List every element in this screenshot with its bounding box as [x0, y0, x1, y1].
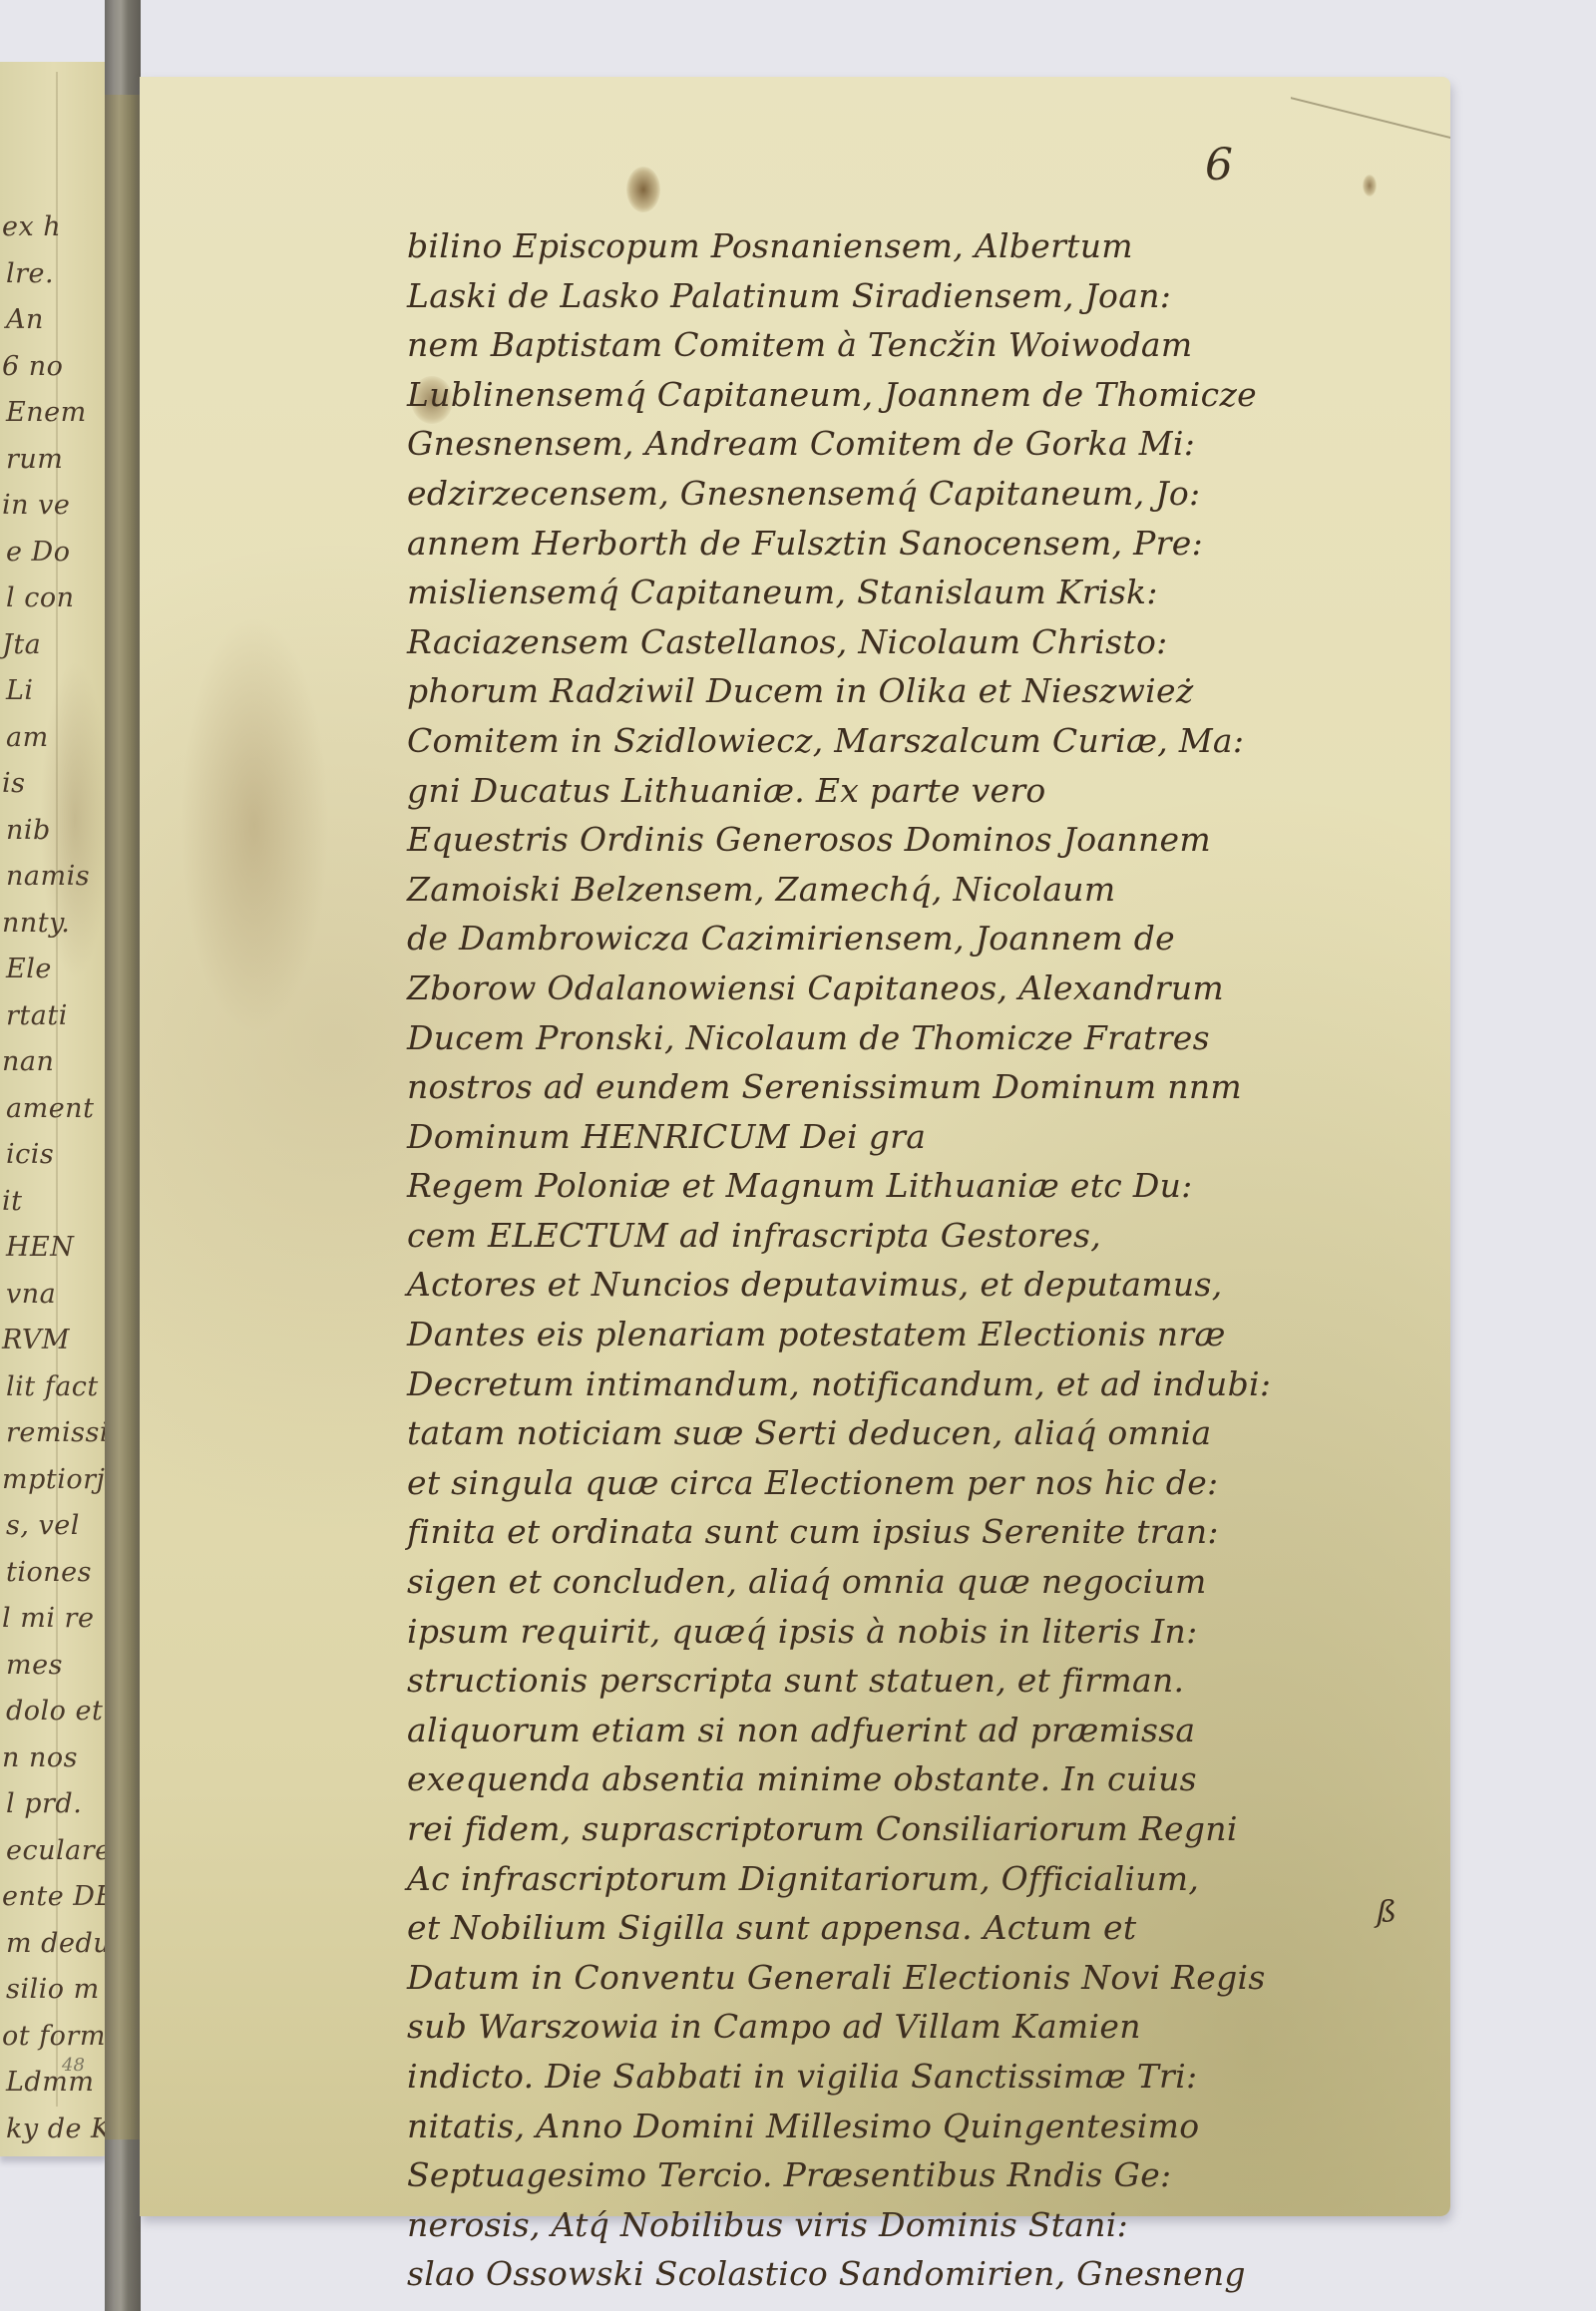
manuscript-line: tatam noticiam suæ Serti deducen, aliaq́… [407, 1408, 1444, 1458]
manuscript-line: edzirzecensem, Gnesnensemq́ Capitaneum, … [407, 469, 1444, 519]
water-stain [180, 615, 329, 1034]
pencil-folio-mark: 48 [62, 2055, 85, 2076]
manuscript-line: Datum in Conventu Generali Electionis No… [407, 1953, 1444, 2003]
ink-blot [1363, 175, 1377, 196]
left-page-line-fragment: icis [6, 1139, 54, 1170]
left-page-line-fragment: rum [6, 444, 63, 475]
manuscript-text: bilino Episcopum Posnaniensem, AlbertumL… [407, 221, 1444, 2299]
manuscript-line: nitatis, Anno Domini Millesimo Quingente… [407, 2102, 1444, 2151]
manuscript-line: Decretum intimandum, notificandum, et ad… [407, 1359, 1444, 1409]
manuscript-line: Lublinensemq́ Capitaneum, Joannem de Tho… [407, 370, 1444, 420]
left-page-line-fragment: lre. [6, 258, 54, 289]
manuscript-line: Actores et Nuncios deputavimus, et deput… [407, 1260, 1444, 1310]
left-page-line-fragment: s, vel [6, 1510, 80, 1541]
left-page-line-fragment: l mi re [2, 1603, 94, 1634]
manuscript-line: exequenda absentia minime obstante. In c… [407, 1754, 1444, 1804]
left-page-line-fragment: silio m [6, 1974, 100, 2005]
manuscript-line: phorum Radziwil Ducem in Olika et Nieszw… [407, 666, 1444, 716]
manuscript-line: Raciazensem Castellanos, Nicolaum Christ… [407, 617, 1444, 667]
left-page-line-fragment: remissim [6, 1417, 108, 1448]
left-page-line-fragment: tiones [6, 1557, 92, 1588]
manuscript-line: bilino Episcopum Posnaniensem, Albertum [407, 221, 1444, 271]
manuscript-line: sub Warszowia in Campo ad Villam Kamien [407, 2002, 1444, 2052]
manuscript-line: et Nobilium Sigilla sunt appensa. Actum … [407, 1903, 1444, 1953]
manuscript-line: indicto. Die Sabbati in vigilia Sanctiss… [407, 2052, 1444, 2102]
left-page-line-fragment: namis [6, 861, 90, 892]
left-page-line-fragment: in ve [2, 490, 70, 521]
left-page-line-fragment: m dedug [6, 1928, 108, 1959]
left-page-line-fragment: l con [6, 582, 74, 613]
left-page-line-fragment: l prd. [6, 1788, 82, 1819]
left-page-line-fragment: ky de Ke [6, 2114, 108, 2144]
manuscript-line: Regem Poloniæ et Magnum Lithuaniæ etc Du… [407, 1161, 1444, 1211]
left-page-line-fragment: lit fact [6, 1371, 99, 1402]
manuscript-line: structionis perscripta sunt statuen, et … [407, 1656, 1444, 1706]
left-page-line-fragment: RVM [2, 1325, 70, 1355]
folio-number: 6 [1205, 140, 1233, 191]
manuscript-line: cem ELECTUM ad infrascripta Gestores, [407, 1211, 1444, 1261]
left-page-line-fragment: Ele [6, 954, 52, 984]
left-page-line-fragment: rtati [6, 1000, 68, 1031]
left-page-line-fragment: vna [6, 1279, 56, 1310]
manuscript-line: Equestris Ordinis Generosos Dominos Joan… [407, 815, 1444, 865]
manuscript-line: aliquorum etiam si non adfuerint ad præm… [407, 1706, 1444, 1755]
left-page-line-fragment: ament [6, 1093, 94, 1124]
manuscript-line: misliensemq́ Capitaneum, Stanislaum Kris… [407, 568, 1444, 617]
manuscript-line: rei fidem, suprascriptorum Consiliarioru… [407, 1804, 1444, 1854]
manuscript-line: slao Ossowski Scolastico Sandomirien, Gn… [407, 2249, 1444, 2299]
manuscript-line: Ac infrascriptorum Dignitariorum, Offici… [407, 1854, 1444, 1904]
manuscript-line: nerosis, Atq́ Nobilibus viris Dominis St… [407, 2200, 1444, 2250]
left-page-line-fragment: e Do [6, 537, 70, 568]
left-page-line-fragment: n nos [2, 1742, 78, 1773]
left-page-line-fragment: Enem [6, 397, 87, 428]
left-page-line-fragment: eculares [6, 1835, 108, 1866]
manuscript-line: et singula quæ circa Electionem per nos … [407, 1458, 1444, 1508]
left-page-line-fragment: is [2, 768, 26, 799]
left-page-line-fragment: mptiorj [2, 1464, 105, 1495]
manuscript-line: Zborow Odalanowiensi Capitaneos, Alexand… [407, 963, 1444, 1013]
left-facing-page: ex hlre.An6 noEnemrumin vee Dol conJtaLi… [0, 62, 108, 2156]
left-page-line-fragment: HEN [6, 1232, 74, 1263]
left-page-line-fragment: ot form [2, 2021, 106, 2052]
manuscript-line: nostros ad eundem Serenissimum Dominum n… [407, 1062, 1444, 1112]
manuscript-line: Comitem in Szidlowiecz, Marszalcum Curiæ… [407, 716, 1444, 766]
manuscript-line: de Dambrowicza Cazimiriensem, Joannem de [407, 914, 1444, 963]
left-page-line-fragment: 6 no [2, 351, 63, 382]
manuscript-line: Septuagesimo Tercio. Præsentibus Rndis G… [407, 2150, 1444, 2200]
left-page-line-fragment: dolo et [6, 1696, 103, 1727]
left-page-line-fragment: Li [6, 675, 34, 706]
left-page-line-fragment: An [6, 304, 44, 335]
binding-spine-edge [105, 95, 141, 2139]
manuscript-line: Ducem Pronski, Nicolaum de Thomicze Frat… [407, 1013, 1444, 1063]
manuscript-line: Dominum HENRICUM Dei gra [407, 1112, 1444, 1162]
manuscript-line: finita et ordinata sunt cum ipsius Seren… [407, 1507, 1444, 1557]
manuscript-line: gni Ducatus Lithuaniæ. Ex parte vero [407, 766, 1444, 816]
manuscript-line: Laski de Lasko Palatinum Siradiensem, Jo… [407, 271, 1444, 321]
left-page-line-fragment: Jta [2, 629, 41, 660]
left-page-line-fragment: am [6, 722, 49, 753]
corner-fold [1291, 37, 1450, 139]
left-page-line-fragment: mes [6, 1650, 63, 1681]
manuscript-line: annem Herborth de Fulsztin Sanocensem, P… [407, 519, 1444, 569]
manuscript-line: Dantes eis plenariam potestatem Election… [407, 1310, 1444, 1359]
manuscript-line: Gnesnensem, Andream Comitem de Gorka Mi: [407, 419, 1444, 469]
manuscript-line: nem Baptistam Comitem à Tencžin Woiwodam [407, 320, 1444, 370]
manuscript-line: ipsum requirit, quæq́ ipsis à nobis in l… [407, 1607, 1444, 1657]
manuscript-line: sigen et concluden, aliaq́ omnia quæ neg… [407, 1557, 1444, 1607]
ink-blot [626, 167, 660, 212]
left-page-line-fragment: nnty. [2, 908, 70, 939]
manuscript-line: Zamoiski Belzensem, Zamechq́, Nicolaum [407, 865, 1444, 915]
left-page-line-fragment: ex h [2, 211, 61, 242]
catchword: ß [1377, 1895, 1396, 1930]
left-page-line-fragment: ente DEI [2, 1881, 108, 1912]
left-page-line-fragment: nan [2, 1046, 54, 1077]
left-page-line-fragment: nib [6, 815, 51, 846]
left-page-line-fragment: it [2, 1186, 23, 1217]
